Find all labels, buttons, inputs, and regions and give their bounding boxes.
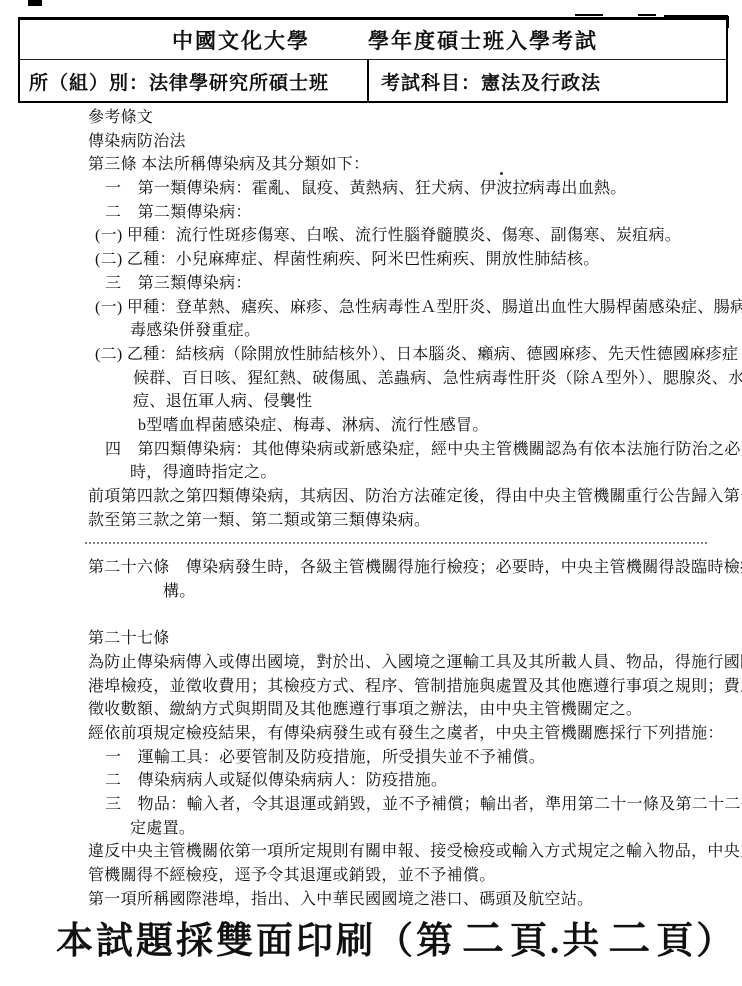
text-line: (一) 甲種：登革熱、瘧疾、麻疹、急性病毒性Ａ型肝炎、腸道出血性大腸桿菌感染症、…: [0, 296, 742, 320]
footer-print-note: 本試題採雙面印刷（第二頁.共二頁）: [56, 906, 736, 966]
text-line: 徵收數額、繳納方式與期間及其他應遵行事項之辦法，由中央主管機關定之。: [0, 698, 742, 722]
text-line: 管機關得不經檢疫，逕予令其退運或銷毀，並不予補償。: [0, 864, 742, 888]
text-line: 二 傳染病病人或疑似傳染病病人：防疫措施。: [0, 769, 742, 793]
text-line: 參考條文: [0, 106, 742, 130]
text-line: 一 運輸工具：必要管制及防疫措施，所受損失並不予補償。: [0, 746, 742, 770]
page-number: 二: [456, 917, 510, 963]
blank-line: [0, 603, 742, 627]
total-pages: 二: [602, 917, 656, 963]
text-line: 毒感染併發重症。: [0, 319, 742, 343]
footer-paren-close: 頁）: [656, 921, 736, 962]
text-line: 三 第三類傳染病：: [0, 272, 742, 296]
department-label: 所（組）別：法律學研究所碩士班: [29, 68, 329, 95]
department-cell: 所（組）別：法律學研究所碩士班: [20, 60, 369, 103]
text-line: 前項第四款之第四類傳染病，其病因、防治方法確定後，得由中央主管機關重行公告歸入第…: [0, 485, 742, 509]
scan-artifact: [638, 14, 656, 16]
text-line: 款至第三款之第一類、第二類或第三類傳染病。: [0, 509, 742, 533]
text-line: 定處置。: [0, 817, 742, 841]
text-line: (一) 甲種：流行性斑疹傷寒、白喉、流行性腦脊髓膜炎、傷寒、副傷寒、炭疽病。: [0, 224, 742, 248]
text-line: 二 第二類傳染病：: [0, 201, 742, 225]
text-line: (二) 乙種：小兒麻痺症、桿菌性痢疾、阿米巴性痢疾、開放性肺結核。: [0, 248, 742, 272]
text-line: 候群、百日咳、猩紅熱、破傷風、恙蟲病、急性病毒性肝炎（除Ａ型外）、腮腺炎、水: [0, 367, 742, 391]
scan-artifact: [85, 532, 707, 544]
subject-label: 考試科目：憲法及行政法: [381, 68, 601, 95]
scan-artifact: [28, 0, 42, 6]
text-line: 四 第四類傳染病：其他傳染病或新感染症，經中央主管機關認為有依本法施行防治之必要: [0, 438, 742, 462]
text-line: 三 物品：輸入者，令其退運或銷毀，並不予補償；輸出者，準用第二十一條及第二十二條…: [0, 793, 742, 817]
footer-prefix: 本試題採雙面印刷: [56, 921, 376, 962]
text-line: (二) 乙種：結核病（除開放性肺結核外）、日本腦炎、癩病、德國麻疹、先天性德國麻…: [0, 343, 742, 367]
text-line: 第三條 本法所稱傳染病及其分類如下：: [0, 153, 742, 177]
document-body: 參考條文傳染病防治法第三條 本法所稱傳染病及其分類如下：一 第一類傳染病：霍亂、…: [0, 106, 742, 911]
footer-middle: 頁.共: [510, 921, 602, 962]
text-line: 第二十七條: [0, 627, 742, 651]
text-line: 港埠檢疫，並徵收費用；其檢疫方式、程序、管制措施與處置及其他應遵行事項之規則；費…: [0, 675, 742, 699]
exam-title: 學年度碩士班入學考試: [368, 25, 598, 55]
university-name: 中國文化大學: [172, 25, 310, 55]
text-line: 違反中央主管機關依第一項所定規則有關申報、接受檢疫或輸入方式規定之輸入物品，中央…: [0, 840, 742, 864]
header-box: 中國文化大學 學年度碩士班入學考試 所（組）別：法律學研究所碩士班 考試科目：憲…: [18, 17, 728, 103]
text-line: 痘、退伍軍人病、侵襲性: [0, 390, 742, 414]
scan-artifact: [575, 14, 603, 16]
text-line: 時，得適時指定之。: [0, 461, 742, 485]
text-line: 第二十六條 傳染病發生時，各級主管機關得施行檢疫；必要時，中央主管機關得設臨時檢…: [0, 556, 742, 580]
text-line: 構。: [0, 580, 742, 604]
text-line: 傳染病防治法: [0, 130, 742, 154]
footer-paren-open: （第: [376, 921, 456, 962]
scan-noise-line: [0, 532, 742, 556]
exam-info-row: 所（組）別：法律學研究所碩士班 考試科目：憲法及行政法: [20, 60, 726, 103]
exam-title-row: 中國文化大學 學年度碩士班入學考試: [20, 20, 726, 60]
scanned-exam-page: 中國文化大學 學年度碩士班入學考試 所（組）別：法律學研究所碩士班 考試科目：憲…: [0, 0, 742, 986]
text-line: 為防止傳染病傳入或傳出國境，對於出、入國境之運輸工具及其所載人員、物品，得施行國…: [0, 651, 742, 675]
subject-cell: 考試科目：憲法及行政法: [369, 60, 726, 103]
text-line: 一 第一類傳染病：霍亂、鼠疫、黃熱病、狂犬病、伊波拉病毒出血熱。: [0, 177, 742, 201]
text-line: b型嗜血桿菌感染症、梅毒、淋病、流行性感冒。: [0, 414, 742, 438]
text-line: 經依前項規定檢疫結果，有傳染病發生或有發生之虞者，中央主管機關應採行下列措施：: [0, 722, 742, 746]
